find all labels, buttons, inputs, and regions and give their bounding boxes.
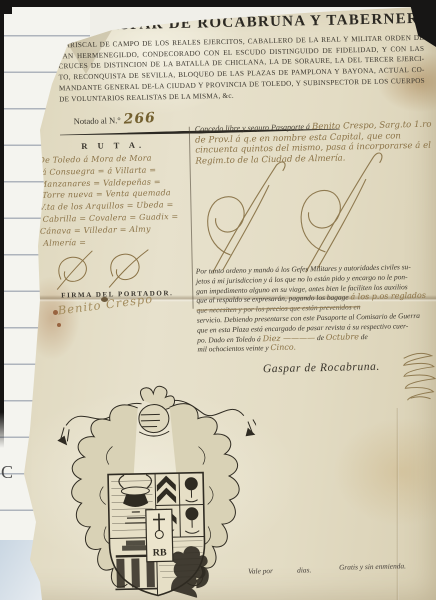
- registry-note: Notado al N.°266: [73, 110, 156, 128]
- year-handwritten: Cinco.: [270, 343, 296, 353]
- footer-dias: dias.: [297, 565, 311, 574]
- document-title: DON GASPAR DE ROCABRUNA Y TABERNER,: [43, 11, 433, 36]
- route-line: Almería =: [43, 234, 194, 249]
- general-signature: Gaspar de Rocabruna.: [263, 361, 380, 375]
- date-month-handwritten: Octubre: [326, 332, 359, 342]
- scan-edge-top: [0, 0, 436, 7]
- footer-vale-por: Vale por: [248, 566, 273, 576]
- date-printed: po. Dado en Toledo á: [197, 334, 263, 344]
- grant-printed-lead: Concedo libre y seguro Pasaporte á: [195, 122, 312, 133]
- coat-of-arms-engraving: RB: [51, 383, 259, 600]
- year-printed: mil ochocientos veinte y: [197, 343, 270, 354]
- route-handwritten-list: De Toledo á Mora de Mora á Consuegra = á…: [38, 152, 194, 250]
- registry-number-handwritten: 266: [123, 110, 156, 128]
- scan-edge-left: [0, 0, 4, 448]
- order-hand-insert: á los p.os reglados: [350, 291, 426, 302]
- rubric-flourish-left: [198, 159, 295, 276]
- document-paper: DON GASPAR DE ROCABRUNA Y TABERNER, MARI…: [0, 0, 436, 600]
- rubric-flourish-right: [289, 149, 392, 276]
- registry-label: Notado al N.°: [74, 115, 121, 126]
- date-printed: de: [359, 332, 368, 341]
- document-content: DON GASPAR DE ROCABRUNA Y TABERNER, MARI…: [0, 0, 436, 600]
- backdrop-margin-mark: C: [1, 462, 13, 483]
- scanned-passport-document: C DON GASPAR DE ROCABRUNA Y TABERNER, MA…: [0, 0, 436, 600]
- small-rubric-flourishes: [50, 248, 155, 292]
- crest-initials: RB: [153, 547, 167, 558]
- scan-edge-nub: [0, 0, 12, 14]
- footer-gratis: Gratis y sin enmienda.: [339, 561, 406, 571]
- titles-paragraph: MARISCAL DE CAMPO DE LOS REALES EJERCITO…: [58, 33, 425, 105]
- route-heading: R U T A.: [42, 139, 184, 152]
- date-printed: de: [315, 333, 326, 342]
- signature-rubric-scribble: [400, 352, 436, 403]
- date-day-handwritten: Diez ————: [263, 333, 316, 343]
- order-paragraph: Por tanto ordeno y mando á los Gefes Mil…: [196, 262, 436, 355]
